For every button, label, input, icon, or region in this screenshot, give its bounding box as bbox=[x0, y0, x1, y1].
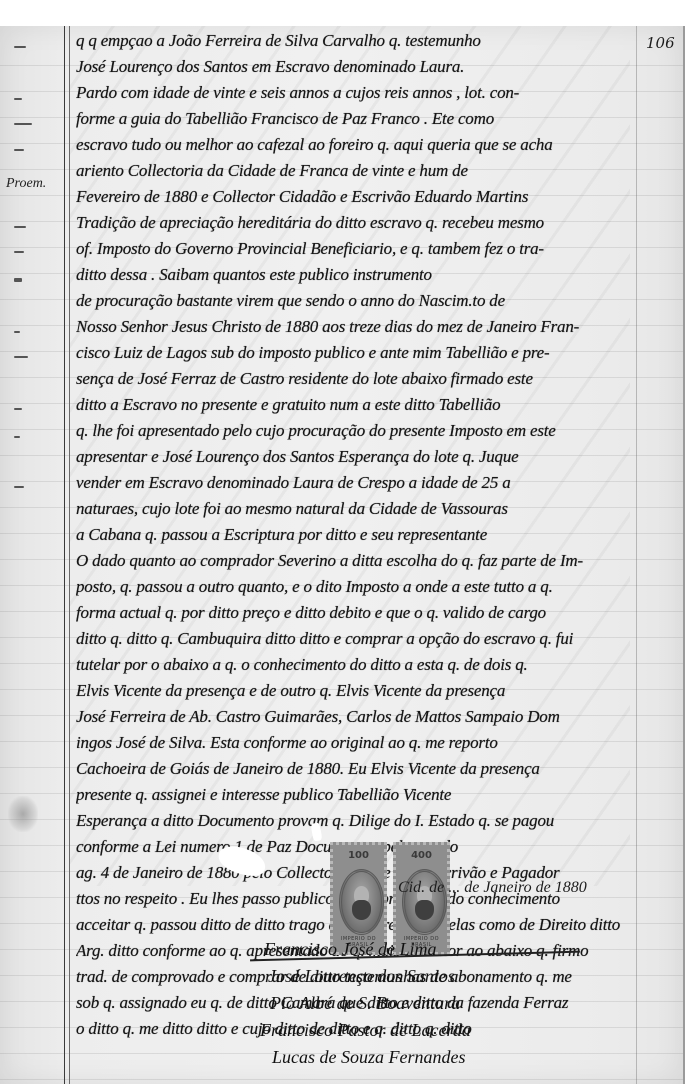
margin-dash bbox=[14, 226, 26, 228]
signature: Francisco Pastor de Lacerda bbox=[260, 1017, 471, 1044]
signature-block: Francisco José de Lima José Lourenço dos… bbox=[258, 936, 471, 1071]
text-line: ditto dessa . Saibam quantos este public… bbox=[76, 262, 661, 288]
text-line: ditto a Escravo no presente e gratuito n… bbox=[76, 392, 661, 418]
margin-rule-inner bbox=[69, 26, 70, 1084]
text-line: Nosso Senhor Jesus Christo de 1880 aos t… bbox=[76, 314, 661, 340]
text-line: of. Imposto do Governo Provincial Benefi… bbox=[76, 236, 661, 262]
stamp-value: 400 bbox=[396, 850, 447, 861]
text-line: forma actual q. por ditto preço e ditto … bbox=[76, 600, 661, 626]
text-line: ariento Collectoria da Cidade de Franca … bbox=[76, 158, 661, 184]
text-line: Esperança a ditto Documento provam q. Di… bbox=[76, 808, 661, 834]
margin-dash bbox=[14, 436, 20, 438]
signature: José Lourenço dos Santos bbox=[268, 963, 471, 990]
portrait-beard bbox=[415, 900, 434, 920]
margin-dash bbox=[14, 98, 22, 100]
text-line: Tradição de apreciação hereditária do di… bbox=[76, 210, 661, 236]
ink-blot bbox=[8, 796, 38, 832]
margin-dash bbox=[14, 331, 20, 333]
text-line: sença de José Ferraz de Castro residente… bbox=[76, 366, 661, 392]
margin-dash bbox=[14, 486, 24, 488]
text-line: apresentar e José Lourenço dos Santos Es… bbox=[76, 444, 661, 470]
text-line: tutelar por o abaixo a q. o conhecimento… bbox=[76, 652, 661, 678]
margin-dash bbox=[14, 123, 32, 125]
margin-dash bbox=[14, 46, 26, 48]
text-line: Elvis Vicente da presença e de outro q. … bbox=[76, 678, 661, 704]
margin-dash bbox=[14, 149, 24, 151]
margin-dash bbox=[14, 408, 22, 410]
text-line: escravo tudo ou melhor ao cafezal ao for… bbox=[76, 132, 661, 158]
text-line: cisco Luiz de Lagos sub do imposto publi… bbox=[76, 340, 661, 366]
text-line: a Cabana q. passou a Escriptura por ditt… bbox=[76, 522, 661, 548]
document-page: 106 Proem. q q empçao a João Ferreira de… bbox=[0, 26, 685, 1084]
text-line: q. lhe foi apresentado pelo cujo procura… bbox=[76, 418, 661, 444]
closing-date: Cid. de ... de Janeiro de 1880 bbox=[398, 879, 587, 897]
emperor-portrait-icon bbox=[339, 869, 384, 935]
text-line: ditto q. ditto q. Cambuquira ditto ditto… bbox=[76, 626, 661, 652]
text-line: Fevereiro de 1880 e Collector Cidadão e … bbox=[76, 184, 661, 210]
text-line: naturaes, cujo lote foi ao mesmo natural… bbox=[76, 496, 661, 522]
text-line: José Ferreira de Ab. Castro Guimarães, C… bbox=[76, 704, 661, 730]
portrait-beard bbox=[352, 900, 371, 920]
text-line: O dado quanto ao comprador Severino a di… bbox=[76, 548, 661, 574]
margin-rule bbox=[64, 26, 65, 1084]
margin-dash bbox=[14, 251, 24, 253]
text-line: Cachoeira de Goiás de Janeiro de 1880. E… bbox=[76, 756, 661, 782]
text-line: q q empçao a João Ferreira de Silva Carv… bbox=[76, 28, 661, 54]
margin-dash bbox=[14, 356, 28, 358]
signature: Lucas de Souza Fernandes bbox=[272, 1044, 471, 1071]
text-line: José Lourenço dos Santos em Escravo deno… bbox=[76, 54, 661, 80]
margin-dash bbox=[14, 278, 22, 282]
text-line: ingos José de Silva. Esta conforme ao or… bbox=[76, 730, 661, 756]
text-line: posto, q. passou a outro quanto, e o dit… bbox=[76, 574, 661, 600]
text-line: Pardo com idade de vinte e seis annos a … bbox=[76, 80, 661, 106]
margin-note: Proem. bbox=[6, 176, 46, 192]
text-line: presente q. assignei e interesse publico… bbox=[76, 782, 661, 808]
text-line: forme a guia do Tabellião Francisco de P… bbox=[76, 106, 661, 132]
stamp-value: 100 bbox=[333, 850, 384, 861]
signature: Pio Albé de S. Boaventura bbox=[270, 990, 471, 1017]
text-line: de procuração bastante virem que sendo o… bbox=[76, 288, 661, 314]
signature: Francisco José de Lima bbox=[264, 936, 471, 963]
text-line: vender em Escravo denominado Laura de Cr… bbox=[76, 470, 661, 496]
